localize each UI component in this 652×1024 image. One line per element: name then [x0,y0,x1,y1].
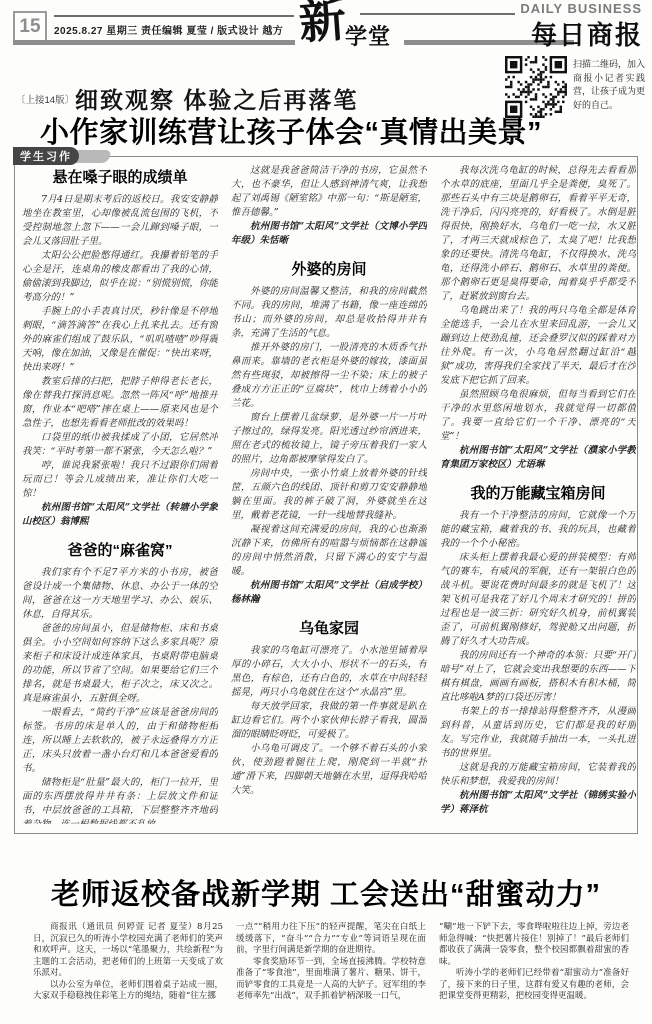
essay-paragraph: 教室后排的扫把，把脖子伸得老长老长，像在替我打探消息呢。忽然一阵风“呼”地推开窗… [22,375,218,431]
essay-paragraph: 储物柜是“肚量”最大的，柜门一拉开，里面的东西摆放得井井有条：上层放文件和证书，… [22,776,218,824]
essay-paragraph: 太阳公公把脸憋得通红。我攥着铅笔的手心全是汗，连桌角的橡皮都看出了我的心情，偷偷… [22,249,218,305]
section-logo: 新 学堂 [299,0,409,52]
masthead-english: DAILY BUSINESS [520,1,642,16]
essay-paragraph: 我有一个干净整洁的房间，它就像一个万能的藏宝箱，藏着我的书、我的玩具，也藏着我的… [440,509,636,551]
essay-paragraph: 这就是我爸爸简洁干净的书房，它虽然不大，也不豪华，但让人感到神清气爽，让我想起了… [231,164,427,220]
news-paragraph: 听涛小学的老师们已经带着“甜蜜动力”准备好了，接下来的日子里，这群有爱又有趣的老… [439,968,629,1003]
essay-paragraph: 凝视着这间充满爱的房间，我的心也渐渐沉静下来，仿佛所有的喧嚣与烦恼都在这静谧的房… [231,523,427,579]
essay-title: 爸爸的“麻雀窝” [22,539,218,560]
essay-paragraph: 房间中央，一张小竹桌上放着外婆的针线筐，五颜六色的线团、顶针和剪刀安安静静地躺在… [231,467,427,523]
section-tab: 学生习作 [13,147,79,165]
essay-paragraph: 7月4日是期末考后的返校日。我安安静静地坐在教室里，心却像被乱流包围的飞机，不受… [22,193,218,249]
essay-paragraph: 我的房间还有一个神奇的本领：只要“开门暗号”对上了，它就会变出我想要的东西——下… [440,649,636,705]
essay-byline: 杭州图书馆“太阳风”文学社（转塘小学象山校区）翁博熙 [22,501,218,529]
essay-paragraph: 外婆的房间温馨又整洁，和我的房间截然不同。我的房间，堆满了书籍，像一座连绵的书山… [231,285,427,341]
essay-byline: 杭州图书馆“太阳风”文学社（濮家小学教育集团万家校区）尤语琳 [440,444,636,472]
news-paragraph: “唰”地一下铲下去，零食哗啦啦往边上掉，旁边老师急得喊：“快把薯片接住！别掉了！… [439,922,629,968]
essay-column-1: 悬在嗓子眼的成绩单7月4日是期末考后的返校日。我安安静静地坐在教室里，心却像被乱… [22,164,218,824]
continued-from-note: 〔上接14版〕 [16,92,74,106]
essay-paragraph: 爸爸的房间虽小，但是储物柜、床和书桌俱全。小小空间如何容纳下这么多家具呢？原来柜… [22,622,218,706]
qr-caption: 扫描二维码，加入商报小记者实践营，让孩子成为更好的自己。 [573,58,645,112]
news-columns: 商报讯（通讯员 何婷萱 记者 夏莹）8月25日，沉寂已久的听涛小学校园充满了老师… [33,922,629,1014]
essay-title: 悬在嗓子眼的成绩单 [22,166,218,187]
news-column: 一点”“稍用力往下压”的轻声提醒，笔尖在白纸上缓缓落下，“奋斗”“合力”“专业”… [236,922,426,1014]
news-paragraph: 一点”“稍用力往下压”的轻声提醒，笔尖在白纸上缓缓落下，“奋斗”“合力”“专业”… [236,922,426,957]
essay-paragraph: 一眼看去，“简约干净”应该是爸爸房间的标签。书房的床是单人的，由于和储物柜相连，… [22,706,218,776]
news-paragraph: 以办公室为单位，老师们围着桌子站成一圈，大家双手稳稳拽住彩笔上方的绳结，随着“往… [33,980,223,1003]
essay-paragraph: 窗台上摆着几盆绿萝，是外婆一片一片叶子擦过的，绿得发亮。阳光透过纱帘洒进来，照在… [231,411,427,467]
essay-paragraph: 虽然照顾乌龟很麻烦，但每当看到它们在干净的水里悠闲地划水，我就觉得一切都值了。我… [440,388,636,444]
news-column: “唰”地一下铲下去，零食哗啦啦往边上掉，旁边老师急得喊：“快把薯片接住！别掉了！… [439,922,629,1014]
essay-paragraph: 口袋里的纸巾被我揉成了小团，它居然冲我笑：“平时考第一都不紧张，今天怎么啦？” [22,431,218,459]
header-rule-left [54,15,294,17]
essay-byline: 杭州图书馆“太阳风”文学社（文博小学四年级）朱恬晰 [231,220,427,248]
page-number: 15 [13,11,47,42]
essay-byline: 杭州图书馆“太阳风”文学社（锦绣实验小学）蒋泽杭 [440,789,636,817]
qr-code [505,56,567,118]
news-headline: 老师返校备战新学期 工会送出“甜蜜动力” [0,872,652,913]
essay-paragraph: 书架上的书一排排站得整整齐齐，从漫画到科普，从童话到历史，它们都是我的好朋友。写… [440,705,636,761]
masthead-chinese: 每日商报 [531,15,643,52]
dateline: 2025.8.27 星期三 责任编辑 夏莹 / 版式设计 越方 [54,22,283,37]
essay-title: 乌龟家园 [231,617,427,638]
header-bar-left [13,40,295,45]
essay-paragraph: 这就是我的万能藏宝箱房间，它装着我的快乐和梦想，我爱我的房间！ [440,761,636,789]
essay-paragraph: 哼，谁说我紧张啦！我只不过跟你们闹着玩而已！等会儿成绩出来，准让你们大吃一惊！ [22,459,218,501]
newspaper-page: 15 2025.8.27 星期三 责任编辑 夏莹 / 版式设计 越方 新 学堂 … [0,0,652,1024]
essay-paragraph: 我们家有个不足7平方米的小书房，被爸爸设计成一个集储物、休息、办公于一体的空间，… [22,566,218,622]
essay-byline: 杭州图书馆“太阳风”文学社（启成学校）杨林瀚 [231,579,427,607]
essay-paragraph: 我每次洗乌龟缸的时候，总得先去看看那个水草的底座，里面几乎全是粪便，臭死了。那些… [440,164,636,304]
essay-title: 我的万能藏宝箱房间 [440,482,636,503]
essay-paragraph: 乌龟跳出来了！我的两只乌龟全都是体育全能选手，一会儿在水里来回乱游，一会儿又蹦到… [440,304,636,388]
essay-title: 外婆的房间 [231,258,427,279]
news-paragraph: 零食奖励环节一到，全场直接沸腾。学校特意准备了“零食池”，里面堆满了薯片、糖果、… [236,957,426,1003]
essay-paragraph: 每天放学回家，我做的第一件事就是趴在缸边看它们。两个小家伙伸长脖子看我，圆溜溜的… [231,700,427,742]
news-column: 商报讯（通讯员 何婷萱 记者 夏莹）8月25日，沉寂已久的听涛小学校园充满了老师… [33,922,223,1014]
header-rule-right [360,13,515,15]
logo-text: 学堂 [345,20,391,51]
essay-column-3: 我每次洗乌龟缸的时候，总得先去看看那个水草的底座，里面几乎全是粪便，臭死了。那些… [440,164,636,824]
essay-paragraph: 我家的乌龟缸可漂亮了。小水池里铺着厚厚的小碎石，大大小小、形状不一的石头，有黑色… [231,644,427,700]
essay-paragraph: 手腕上的小手表真讨厌，秒针像是不停地刺眼，“滴答滴答”在我心上扎来扎去。还有窗外… [22,305,218,375]
news-paragraph: 商报讯（通讯员 何婷萱 记者 夏莹）8月25日，沉寂已久的听涛小学校园充满了老师… [33,922,223,980]
essay-column-2: 这就是我爸爸简洁干净的书房，它虽然不大，也不豪华，但让人感到神清气爽，让我想起了… [231,164,427,824]
logo-calligraphy-char: 新 [297,0,347,47]
main-headline: 小作家训练营让孩子体会“真情出美景” [40,110,620,151]
essay-paragraph: 推开外婆的房门，一股清亮的木质香气扑鼻而来。靠墙的老衣柜是外婆的嫁妆，漆面虽然有… [231,341,427,411]
essay-paragraph: 床头柜上摆着我最心爱的拼装模型：有帅气的赛车，有威风的军舰，还有一架银白色的战斗… [440,551,636,649]
essay-paragraph: 小乌龟可调皮了。一个够不着石头的小家伙，使劲蹬着腿往上爬，刚爬到一半就“扑通”滑… [231,742,427,798]
